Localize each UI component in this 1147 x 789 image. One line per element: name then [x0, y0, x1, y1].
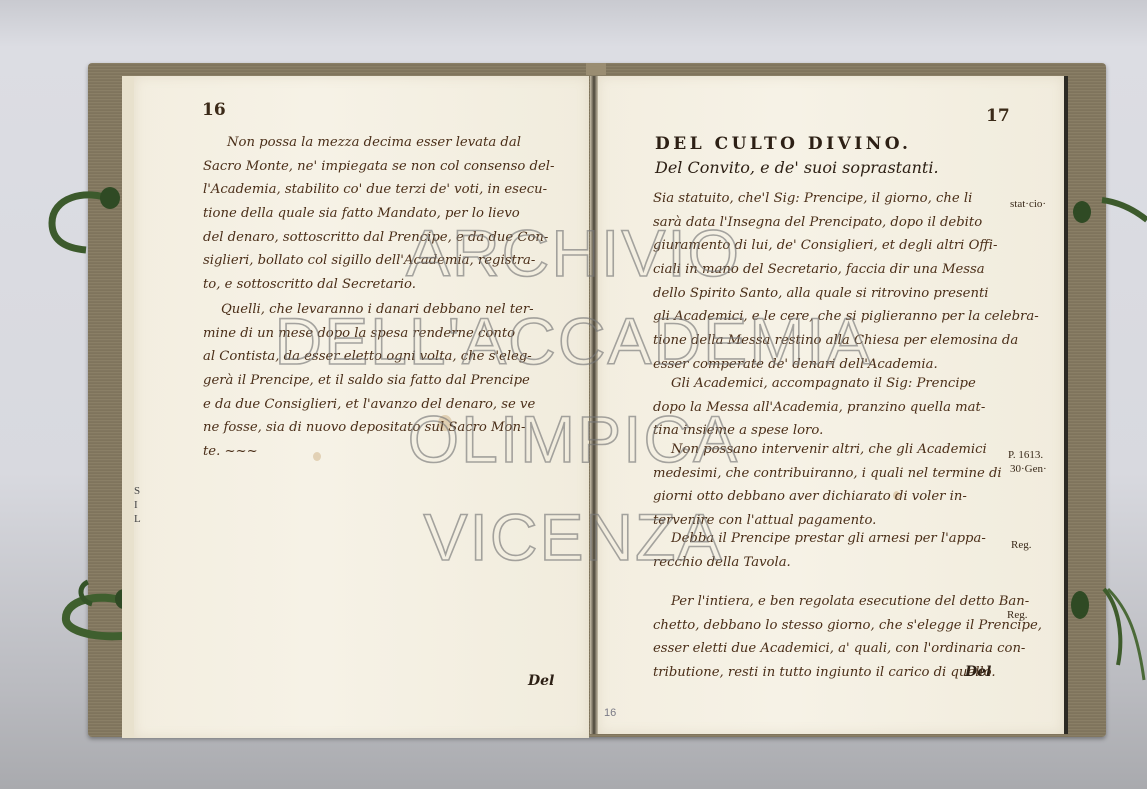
page-number-right: 17 [986, 106, 1010, 126]
spine-top-fray [586, 63, 606, 75]
catchword-right: Del [965, 664, 991, 680]
page-number-left: 16 [202, 100, 226, 120]
catchword-left: Del [528, 673, 554, 689]
pencil-folio-number: 16 [604, 707, 616, 719]
section-title: DEL CULTO DIVINO. [655, 134, 911, 154]
watermark-line-4: VICENZA [0, 502, 1147, 572]
watermark-line-1: ARCHIVIO [0, 218, 1147, 288]
watermark-line-3: OLIMPICA [0, 404, 1147, 474]
margin-note: Reg. [1007, 609, 1027, 622]
section-subtitle: Del Convito, e de' suoi soprastanti. [655, 158, 939, 177]
margin-note: stat·cio· [1010, 198, 1046, 211]
watermark-line-2: DELL'ACCADEMIA [0, 306, 1147, 376]
right-bottom-tie-icon [1068, 585, 1147, 685]
